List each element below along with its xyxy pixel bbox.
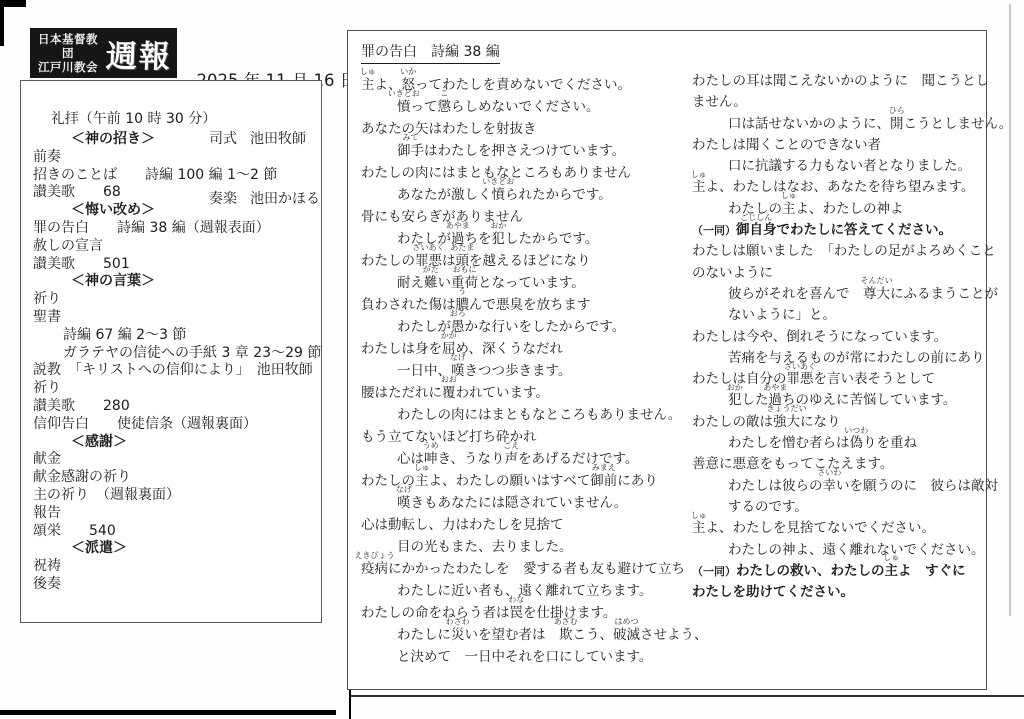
furigana: ひら	[889, 107, 905, 115]
furigana: おろ	[450, 310, 466, 318]
psalm-line: 一日中、嘆なげきつつ歩きます。	[361, 360, 680, 382]
furigana: いきどお	[388, 90, 420, 98]
furigana: さいわ	[817, 469, 841, 477]
furigana: がた	[423, 266, 439, 274]
ruby-base: 懲こ	[438, 96, 452, 118]
ruby-base: 罪悪ざいあく	[787, 369, 814, 390]
furigana: かが	[441, 332, 457, 340]
officiant-label: 司式	[209, 129, 237, 149]
church-name-line2: 江戸川教会	[35, 60, 101, 74]
psalm-line: わたしの神よ、遠く離れないでください。	[692, 540, 984, 561]
furigana: あざむ	[554, 618, 578, 626]
psalm-line: 主しゅよ、わたしはなお、あなたを待ち望みます。	[692, 177, 984, 198]
furigana: う	[458, 288, 466, 296]
furigana: おか	[490, 222, 506, 230]
furigana: おもに	[453, 266, 477, 274]
officiant-name: 池田牧師	[250, 129, 306, 149]
psalm-line: わたしは聞くことのできない者	[692, 135, 984, 156]
furigana: しゅ	[691, 512, 707, 520]
ruby-base: 偽いつわ	[850, 433, 864, 454]
psalm-line: わたしが愚おろかな行いをしたからです。	[361, 316, 680, 338]
ruby-base: 御自身ごじしん	[736, 220, 777, 241]
service-section-heading: ＜神の言葉＞	[33, 273, 321, 291]
psalm-line: わたしは身を屈かがめ、深くうなだれ	[361, 338, 680, 360]
psalm-line: わたしの耳は聞こえないかのように 聞こうとし	[692, 71, 984, 92]
service-item: ガラテヤの信徒への手紙 3 章 23～29 節	[33, 345, 321, 363]
furigana: おお	[441, 376, 457, 384]
psalm-line: 疫病えきびょうにかかったわたしを 愛する者も友も避けて立ち	[361, 558, 680, 580]
furigana: そんだい	[861, 277, 893, 285]
psalm-line: わたしが過あやまちを犯おかしたからです。	[361, 228, 680, 250]
psalm-line: するのです。	[692, 497, 984, 518]
furigana: なげ	[396, 486, 412, 494]
psalm-line: 負わされた傷は膿うんで悪臭を放ちます	[361, 294, 680, 316]
ruby-base: 主しゅ	[692, 177, 706, 198]
furigana: いつわ	[844, 427, 868, 435]
ruby-base: 御前みまえ	[590, 470, 617, 492]
service-time: 礼拝（午前 10 時 30 分）	[51, 111, 216, 127]
psalm-line: 彼らがそれを喜んで 尊大そんだいにふるまうことが	[692, 284, 984, 305]
furigana: こ	[440, 90, 448, 98]
furigana: しゅ	[414, 464, 430, 472]
service-item: 聖書	[33, 309, 321, 327]
psalm-line: 口は話せないかのように、開ひらこうとしません。	[692, 114, 984, 135]
church-name-line1: 日本基督教団	[35, 32, 101, 60]
ruby-base: 幸さいわ	[823, 476, 837, 497]
ruby-base: 御手みて	[397, 140, 424, 162]
furigana: みて	[403, 134, 419, 142]
ruby-base: 声ごえ	[504, 448, 518, 470]
service-item: 後奏	[33, 576, 321, 594]
psalm-line: 犯おかした過あやまちのゆえに苦悩しています。	[692, 390, 984, 411]
ruby-base: 覆おお	[442, 382, 456, 404]
unison-marker: （一同）	[692, 224, 736, 237]
furigana: ごじしん	[740, 214, 772, 222]
furigana: うめ	[423, 442, 439, 450]
ruby-base: 嘆なげ	[397, 492, 411, 514]
furigana: あやま	[446, 222, 470, 230]
ruby-base: 犯おか	[728, 390, 742, 411]
furigana: しゅ	[691, 171, 707, 179]
furigana: はめつ	[615, 618, 639, 626]
scan-artifact-right-edge	[1009, 4, 1011, 616]
furigana: わざわ	[446, 618, 470, 626]
furigana: なげ	[450, 354, 466, 362]
psalm-line: わたしの罪悪ざいあくは頭あたまを越えるほどになり	[361, 250, 680, 272]
psalm-line: わたしの肉にはまともなところもありません。	[361, 404, 680, 426]
ruby-base: 主しゅ	[782, 199, 796, 220]
psalm-line: 嘆なげきもあなたには隠されていません。	[361, 492, 680, 514]
service-item: 頌栄 540	[33, 523, 321, 541]
furigana: しゅ	[883, 554, 899, 562]
psalm-line: わたしの主しゅよ、わたしの神よ	[692, 199, 984, 220]
service-item: 讃美歌 501	[33, 256, 321, 274]
unison-marker: （一同）	[692, 565, 736, 578]
furigana: みまえ	[592, 464, 616, 472]
organist-name: 池田かほる	[250, 189, 320, 209]
ruby-base: 開ひら	[890, 114, 904, 135]
service-roles: 司式 池田牧師 奏楽 池田かほる	[209, 89, 320, 249]
service-section-heading: ＜感謝＞	[33, 434, 321, 452]
psalm-line: 目の光もまた、去りました。	[361, 536, 680, 558]
psalm-line: 心は呻うめき、うなり声ごえをあげるだけです。	[361, 448, 680, 470]
bulletin-title: 週報	[105, 31, 173, 76]
furigana: いか	[400, 68, 416, 76]
psalm-line: わたしの敵は強大きょうだいになり	[692, 412, 984, 433]
furigana: ざいあく	[413, 244, 445, 252]
psalm-line: 骨にも安らぎがありません	[361, 206, 680, 228]
psalm-line: わたしを憎む者らは偽いつわりを重ね	[692, 433, 984, 454]
psalm-unison-line: わたしを助けてください。	[692, 582, 984, 603]
ruby-base: 罠わな	[510, 602, 524, 624]
ruby-base: 破滅はめつ	[613, 624, 640, 646]
psalm-column-left: 罪の告白 詩編 38 編 主しゅよ、怒いかってわたしを責めないでください。憤いき…	[348, 31, 684, 689]
psalm-line: もう立てないほど打ち砕かれ	[361, 426, 680, 448]
furigana: わな	[508, 596, 524, 604]
service-item: 詩編 67 編 2～3 節	[33, 327, 321, 345]
ruby-base: 憤いきどお	[492, 184, 506, 206]
psalm-line: わたしは彼らの幸さいわいを願うのに 彼らは敵対	[692, 476, 984, 497]
service-item: 讃美歌 280	[33, 398, 321, 416]
ruby-base: 犯おか	[492, 228, 506, 250]
service-item: 祈り	[33, 291, 321, 309]
service-header: 礼拝（午前 10 時 30 分） 司式 池田牧師 奏楽 池田かほる	[33, 89, 321, 131]
ruby-base: 主しゅ	[885, 561, 899, 582]
service-section-heading: ＜派遣＞	[33, 540, 321, 558]
psalm-line: ません。	[692, 92, 984, 113]
psalm-line: のないように	[692, 263, 984, 284]
furigana: あたま	[450, 244, 474, 252]
psalm-line: ないように」と。	[692, 305, 984, 326]
furigana: しゅ	[360, 68, 376, 76]
psalm-unison-line: （一同）御自身ごじしんでわたしに答えてください。	[692, 220, 984, 241]
organist-row: 奏楽 池田かほる	[209, 189, 320, 209]
furigana: おか	[727, 384, 743, 392]
psalm-line: 耐え難がたい重荷おもにとなっています。	[361, 272, 680, 294]
furigana: あやま	[763, 384, 787, 392]
ruby-base: 主しゅ	[415, 470, 429, 492]
scan-artifact-bottom-edge	[351, 695, 1024, 697]
service-item: 主の祈り （週報裏面）	[33, 487, 321, 505]
service-item: 説教 「キリストへの信仰により」 池田牧師	[33, 362, 321, 380]
psalm-line: 腰はただれに覆おおわれています。	[361, 382, 680, 404]
psalm-line: わたしの肉にはまともなところもありません	[361, 162, 680, 184]
ruby-base: 憤いきどお	[397, 96, 411, 118]
psalm-line: あなたが激しく憤いきどおられたからです。	[361, 184, 680, 206]
ruby-base: 主しゅ	[692, 518, 706, 539]
service-item: 報告	[33, 505, 321, 523]
confession-title: 罪の告白 詩編 38 編	[361, 42, 500, 64]
service-item: 献金感謝の祈り	[33, 469, 321, 487]
officiant-row: 司式 池田牧師	[209, 129, 320, 149]
psalm-line: 御手みてはわたしを押さえつけています。	[361, 140, 680, 162]
psalm-column-right: わたしの耳は聞こえないかのように 聞こうとしません。口は話せないかのように、開ひ…	[684, 31, 984, 689]
ruby-base: 強大きょうだい	[773, 412, 800, 433]
scan-artifact-bottom-bar	[0, 710, 336, 715]
psalm-line: わたしに災わざわいを望む者は 欺あざむこう、破滅はめつさせよう、	[361, 624, 680, 646]
service-item: 献金	[33, 451, 321, 469]
psalm-line: 苦痛を与えるものが常にわたしの前にあり	[692, 348, 984, 369]
ruby-base: 尊大そんだい	[863, 284, 890, 305]
psalm-line: 心は動転し、力はわたしを見捨て	[361, 514, 680, 536]
furigana: きょうだい	[767, 405, 807, 413]
furigana: ざいあく	[784, 363, 816, 371]
ruby-base: 疫病えきびょう	[361, 558, 388, 580]
furigana: えきびょう	[355, 552, 395, 560]
psalm-line: 主しゅよ、わたしを見捨てないでください。	[692, 518, 984, 539]
psalm-line: わたしは願いました 「わたしの足がよろめくこと	[692, 241, 984, 262]
worship-order-box: 礼拝（午前 10 時 30 分） 司式 池田牧師 奏楽 池田かほる ＜神の招き＞…	[20, 80, 322, 623]
psalm-unison-line: （一同）わたしの救い、わたしの主しゅよ すぐに	[692, 561, 984, 582]
organist-label: 奏楽	[209, 189, 237, 209]
psalm-line: と決めて 一日中それを口にしています。	[361, 646, 680, 668]
service-item: 祈り	[33, 380, 321, 398]
service-item: 祝祷	[33, 558, 321, 576]
psalm-line: わたしは今や、倒れそうになっています。	[692, 327, 984, 348]
furigana: いきどお	[482, 178, 514, 186]
church-logo: 日本基督教団 江戸川教会 週報	[30, 28, 177, 78]
ruby-base: 災わざわ	[451, 624, 465, 646]
furigana: ごえ	[503, 442, 519, 450]
furigana: しゅ	[781, 192, 797, 200]
psalm-line: 憤いきどおって懲こらしめないでください。	[361, 96, 680, 118]
ruby-base: 難がた	[424, 272, 438, 294]
scan-artifact-left-edge	[0, 0, 4, 46]
service-item: 信仰告白 使徒信条（週報裏面）	[33, 416, 321, 434]
psalm-line: 口に抗議する力もない者となりました。	[692, 156, 984, 177]
confession-box: 罪の告白 詩編 38 編 主しゅよ、怒いかってわたしを責めないでください。憤いき…	[347, 30, 987, 690]
ruby-base: 欺あざむ	[559, 624, 573, 646]
ruby-base: 主しゅ	[361, 74, 375, 96]
church-name: 日本基督教団 江戸川教会	[35, 32, 101, 74]
